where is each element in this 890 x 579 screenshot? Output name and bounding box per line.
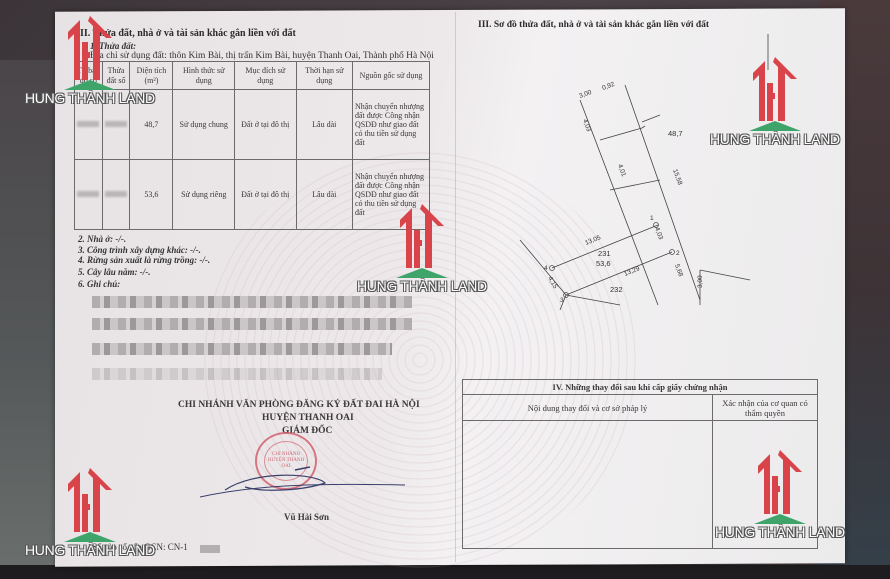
point-label: 3 — [560, 297, 564, 304]
redacted-value — [105, 121, 127, 127]
changes-content-cell — [463, 421, 713, 549]
office-name: CHI NHÁNH VĂN PHÒNG ĐĂNG KÝ ĐẤT ĐAI HÀ N… — [178, 400, 420, 410]
changes-col-confirmation: Xác nhận của cơ quan có thẩm quyền — [713, 395, 818, 421]
point-label: 2 — [676, 250, 680, 257]
cell-usage-form: Sử dụng chung — [173, 90, 235, 160]
signature-scribble — [195, 465, 415, 505]
cell-purpose: Đất ở tại đô thị — [235, 90, 297, 160]
watermark-text: HUNG THÀNH LAND — [25, 90, 155, 106]
col-origin: Nguồn gốc sử dụng — [352, 62, 429, 90]
changes-col-content: Nội dung thay đổi và cơ sở pháp lý — [463, 395, 713, 421]
redacted-value — [77, 121, 99, 127]
cell-parcel — [102, 160, 130, 230]
dim-label: 4,01 — [616, 163, 627, 178]
redacted-notes-line — [92, 368, 382, 380]
col-purpose: Mục đích sử dụng — [235, 62, 297, 90]
cell-origin: Nhận chuyển nhượng đất được Công nhận QS… — [352, 90, 429, 160]
signer-name: Vũ Hải Sơn — [284, 512, 329, 522]
col-term: Thời hạn sử dụng — [296, 62, 352, 90]
address-value: thôn Kim Bài, thị trấn Kim Bài, huyện Th… — [169, 51, 434, 61]
item-notes: 6. Ghi chú: — [78, 279, 120, 289]
ht-logo-icon — [745, 53, 805, 133]
watermark: HUNG THÀNH LAND — [25, 12, 155, 106]
section3-title: III. Sơ đồ thửa đất, nhà ở và tài sản kh… — [478, 20, 709, 30]
dim-label: 5,68 — [673, 263, 684, 278]
shared-area-label: 48,7 — [668, 129, 683, 138]
point-label: 1 — [650, 215, 654, 222]
neighbor-parcel: 232 — [610, 285, 623, 294]
watermark-text: HUNG THÀNH LAND — [357, 278, 487, 294]
dim-label: 13,29 — [623, 265, 641, 278]
ht-logo-icon — [750, 446, 810, 526]
item-house: 2. Nhà ở: -/-. — [78, 234, 126, 244]
cell-usage-form: Sử dụng riêng — [173, 160, 235, 230]
watermark-text: HUNG THÀNH LAND — [715, 524, 845, 540]
dim-label: 3,00 — [578, 89, 593, 100]
watermark-text: HUNG THÀNH LAND — [25, 542, 155, 558]
redacted-cert-number — [200, 545, 220, 553]
item-other-construction: 3. Công trình xây dựng khác: -/-. — [78, 245, 201, 255]
watermark: HUNG THÀNH LAND — [715, 446, 845, 540]
col-usage-form: Hình thức sử dụng — [173, 62, 235, 90]
cell-purpose: Đất ở tại đô thị — [235, 160, 297, 230]
redacted-notes-line — [92, 296, 412, 308]
watermark-text: HUNG THÀNH LAND — [710, 131, 840, 147]
redacted-value — [77, 191, 99, 197]
dim-label: 4,15 — [546, 276, 559, 291]
ht-logo-icon — [392, 200, 452, 280]
cell-term: Lâu dài — [296, 160, 352, 230]
redacted-notes-line — [92, 343, 392, 355]
office-district: HUYỆN THANH OAI — [262, 413, 354, 423]
item-perennial-trees: 5. Cây lâu năm: -/-. — [78, 267, 151, 277]
parcel-number: 231 — [598, 249, 611, 258]
dim-label: 15,58 — [671, 168, 683, 186]
redacted-value — [105, 191, 127, 197]
point-label: 4 — [544, 265, 548, 272]
dim-label: 4,03 — [581, 118, 592, 133]
dim-label: 4,03 — [653, 226, 664, 241]
cell-area: 53,6 — [130, 160, 173, 230]
section4-title: IV. Những thay đổi sau khi cấp giấy chứn… — [463, 380, 818, 395]
cell-map-sheet — [75, 160, 103, 230]
dim-label: 13,05 — [584, 234, 602, 247]
dim-label: 0,92 — [601, 81, 616, 92]
item-production-forest: 4. Rừng sản xuất là rừng trồng: -/-. — [78, 255, 210, 265]
watermark: HUNG THÀNH LAND — [25, 464, 155, 558]
redacted-notes-line — [92, 318, 412, 330]
ht-logo-icon — [60, 12, 120, 92]
ht-logo-icon — [60, 464, 120, 544]
cell-term: Lâu dài — [296, 90, 352, 160]
watermark: HUNG THÀNH LAND — [710, 53, 840, 147]
dim-label: 3,00 — [697, 275, 704, 288]
watermark: HUNG THÀNH LAND — [357, 200, 487, 294]
parcel-area: 53,6 — [596, 259, 611, 268]
